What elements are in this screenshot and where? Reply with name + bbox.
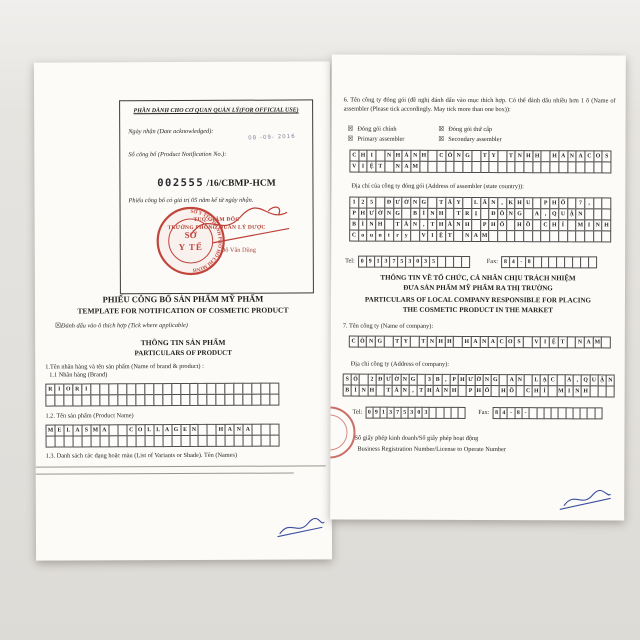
checkbox-secondary-assembler: ☒Đóng gói thứ cấp ☒Secondary assembler	[438, 125, 501, 144]
company-tel-grid: 091375303	[365, 407, 465, 419]
grid-cell	[594, 407, 602, 419]
checkbox-label-vi: Đóng gói chính	[357, 126, 396, 135]
signer-name: Đỗ Văn Dũng	[221, 247, 256, 256]
tick-where-applicable-note: ☒Đánh dấu vào ô thích hợp (Tick where ap…	[55, 322, 188, 331]
fax-label: Fax:	[487, 258, 498, 267]
assembler-tel-fax-row: Tel: 0913753035 Fax: 84-8	[345, 256, 613, 269]
checkbox-label-vi: Đóng gói thứ cấp	[448, 126, 492, 135]
assembler-address-row4: Country VIỆT NAM	[349, 230, 611, 243]
grid-cell	[588, 256, 597, 268]
item6-label: 6. Tên công ty đóng gói (đề nghị đánh dấ…	[344, 97, 616, 115]
checkbox-label-en: Secondary assembler	[448, 135, 501, 144]
left-document-page: PHẦN DÀNH CHO CƠ QUAN QUẢN LÝ(FOR OFFICI…	[34, 61, 332, 560]
tel-label: Tel:	[345, 257, 355, 266]
blue-signature-left-page	[274, 515, 328, 541]
responsible-heading-vi-2: ĐƯA SẢN PHẨM MỸ PHẨM RA THỊ TRƯỜNG	[331, 283, 625, 293]
responsible-heading-en-2: THE COSMETIC PRODUCT IN THE MARKET	[331, 305, 625, 315]
date-acknowledged-label: Ngày nhận (Date acknowledged):	[128, 128, 213, 137]
official-box-title: PHẦN DÀNH CHO CƠ QUAN QUẢN LÝ(FOR OFFICI…	[120, 107, 312, 116]
notification-number-label: Số công bố (Product Notification No.):	[128, 151, 226, 160]
assembler-address-label: Địa chỉ của công ty đóng gói (Address of…	[351, 183, 524, 192]
responsible-heading-en-1: PARTICULARS OF LOCAL COMPANY RESPONSIBLE…	[331, 295, 625, 305]
right-document-page: 6. Tên công ty đóng gói (đề nghị đánh dấ…	[330, 54, 626, 520]
form-title-en: TEMPLATE FOR NOTIFICATION OF COSMETIC PR…	[35, 305, 331, 316]
brand-name-grid: RIORI	[45, 383, 279, 407]
brand-grid-row2	[45, 394, 279, 407]
item1-2-label: 1.2. Tên sản phẩm (Product Name)	[45, 412, 133, 421]
grid-cell	[270, 435, 280, 447]
tel-label: Tel:	[353, 408, 363, 417]
blue-signature-right-page	[556, 487, 616, 515]
scanned-document-photo: { "colors":{"accent_red":"#b23a30","sign…	[0, 0, 640, 640]
page-edge-line-2	[36, 473, 294, 475]
company-address-label: Địa chỉ công ty (Address of company):	[351, 361, 449, 370]
item1-1-label: 1.1 Nhãn hàng (Brand)	[49, 371, 107, 380]
item7-label: 7. Tên công ty (Name of company):	[343, 323, 433, 332]
grid-cell	[602, 230, 612, 242]
assembler-fax-grid: 84-8	[501, 256, 597, 268]
company-tel-fax-row: Tel: 091375303 Fax: 84-8-	[353, 407, 613, 420]
checked-box-icon: ☒	[348, 134, 354, 142]
company-fax-grid: 84-8-	[492, 407, 602, 419]
grid-cell	[606, 385, 615, 397]
official-use-box: PHẦN DÀNH CHO CƠ QUAN QUẢN LÝ(FOR OFFICI…	[119, 99, 314, 294]
grid-cell	[601, 336, 611, 348]
grid-cell	[457, 407, 465, 419]
fax-label: Fax:	[478, 409, 489, 418]
checked-box-icon: ☒	[438, 134, 444, 142]
assembler-address-grid: 125 ĐƯỜNG TÂY LÂN,KHU PHỐ 7, PHƯỜNG BÌNH…	[349, 197, 611, 243]
checkbox-label-en: Primary assembler	[357, 135, 404, 144]
company-address-grid: SỐ 2ĐƯỜNG 3B,PHƯỜNG AN LẠC A,QUẬN BÌNH T…	[343, 374, 615, 398]
assembler-tel-grid: 0913753035	[358, 256, 470, 268]
product-name-grid: MELASMA COLLAGEN HANA	[45, 424, 279, 448]
assembler-name-grid: CHI NHÁNH CÔNG TY TNHH HANACOS VIỆT NAM	[349, 150, 611, 174]
company-name-grid: CÔNG TY TNHH HANACOS VIỆT NAM	[349, 336, 611, 349]
item1-3-label: 1.3. Danh sách các dạng hoặc màu (List o…	[46, 452, 237, 461]
grid-cell	[461, 256, 470, 268]
assembler-checkbox-group: ☒Đóng gói chính ☒Primary assembler ☒Đóng…	[348, 125, 502, 145]
form-title-vi: PHIẾU CÔNG BỐ SẢN PHẨM MỸ PHẨM	[35, 293, 331, 305]
date-received-stamp: 08 -09- 2016	[248, 126, 296, 144]
notification-number: 002555 /16/CBMP-HCM	[120, 172, 312, 191]
page-edge-line-1	[36, 465, 326, 467]
checkbox-primary-assembler: ☒Đóng gói chính ☒Primary assembler	[348, 125, 405, 144]
company-name-row1: CÔNG TY TNHH HANACOS VIỆT NAM	[349, 336, 611, 349]
license-label-en: Business Registration Number/License to …	[357, 446, 505, 455]
license-label-vi: Số giấy phép kinh doanh/Số giấy phép hoạ…	[354, 435, 478, 444]
responsible-heading-vi-1: THÔNG TIN VỀ TỔ CHỨC, CÁ NHÂN CHỊU TRÁCH…	[331, 273, 625, 283]
product-grid-row2	[46, 435, 280, 448]
section-title-vi: THÔNG TIN SẢN PHẨM	[35, 337, 331, 348]
checked-box-icon: ☒	[438, 125, 444, 133]
assembler-name-row2: VIỆT NAM	[349, 161, 611, 174]
grid-cell	[270, 394, 280, 406]
grid-cell	[602, 161, 612, 173]
checked-box-icon: ☒	[348, 125, 354, 133]
section-title-en: PARTICULARS OF PRODUCT	[35, 348, 331, 358]
company-address-row2: BÌNH TÂN,THÀNH PHỐ HỒ CHÍ MINH	[343, 385, 615, 398]
